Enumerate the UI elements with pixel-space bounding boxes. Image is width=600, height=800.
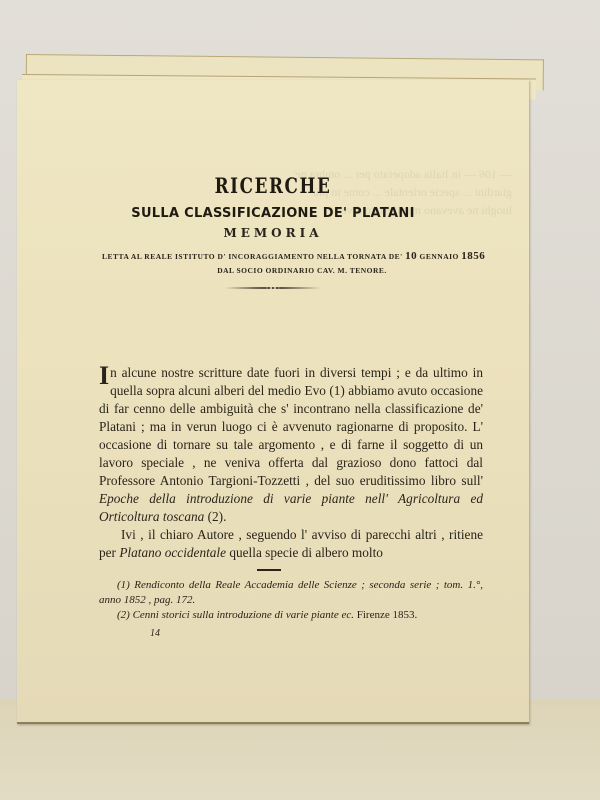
footnote-text: (2) Cenni storici sulla introduzione di … [117,609,354,621]
book-title: Epoche della introduzione di varie piant… [99,491,483,524]
notice-line-1: LETTA AL REALE ISTITUTO D' INCORAGGIAMEN… [102,249,502,264]
notice-day: 10 [405,250,417,262]
document-title: RICERCHE [68,173,478,198]
paragraph-1: In alcune nostre scritture date fuori in… [99,364,483,526]
notice-line-2: DAL SOCIO ORDINARIO CAV. M. TENORE. [102,264,502,278]
paragraph-text: n alcune nostre scritture date fuori in … [99,365,483,488]
paragraph-2: Ivi , il chiaro Autore , seguendo l' avv… [99,526,483,562]
notice-text: LETTA AL REALE ISTITUTO D' INCORAGGIAMEN… [102,252,403,261]
reading-notice: LETTA AL REALE ISTITUTO D' INCORAGGIAMEN… [102,249,502,278]
paragraph-text: quella specie di albero molto [226,545,383,560]
body-text: In alcune nostre scritture date fuori in… [99,364,483,562]
notice-year: 1856 [461,250,485,262]
paragraph-text: (2). [204,509,226,524]
notice-month: GENNAIO [420,252,459,261]
footnotes: (1) Rendiconto della Reale Accademia del… [99,578,483,623]
ornamental-rule-icon [225,286,321,290]
footnote-2: (2) Cenni storici sulla introduzione di … [99,608,483,623]
section-heading: MEMORIA [17,226,529,240]
footnote-divider [257,569,281,571]
species-name: Platano occidentale [119,545,226,560]
footnote-1: (1) Rendiconto della Reale Accademia del… [99,578,483,608]
document-subtitle: SULLA CLASSIFICAZIONE DE' PLATANI [17,206,529,221]
drop-cap: I [99,365,109,387]
footnote-place: Firenze 1853. [354,609,417,621]
signature-mark: 14 [150,628,160,639]
document-page: — 106 — in Italia adoperato per ... ombr… [17,80,529,724]
